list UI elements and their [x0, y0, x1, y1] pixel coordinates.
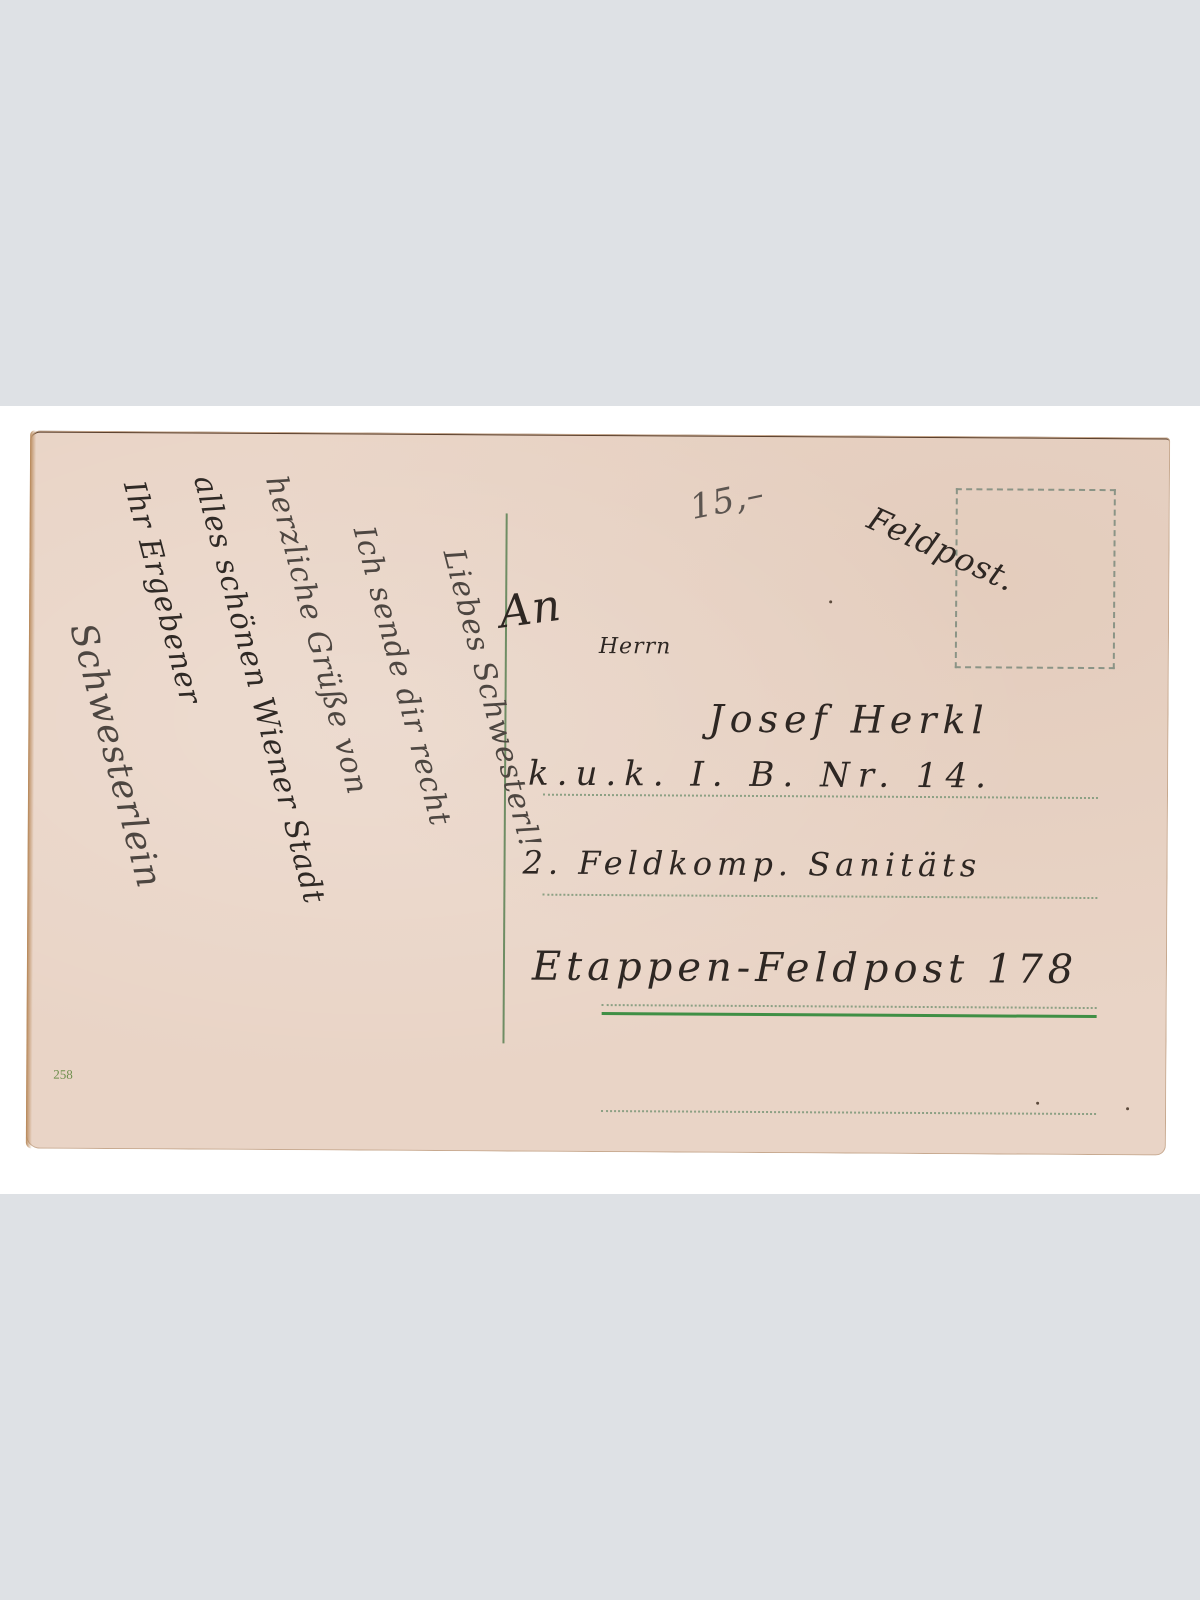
paper-speck — [829, 600, 832, 603]
scan-area: 258 15,– Feldpost. An Herrn Josef Herkl … — [0, 406, 1200, 1194]
recipient-name: Josef Herkl — [708, 697, 989, 743]
message-signature: Schwesterlein — [61, 619, 169, 893]
card-print-number: 258 — [53, 1067, 73, 1083]
address-line-4 — [601, 1110, 1096, 1115]
address-line-2 — [542, 894, 1097, 899]
paper-speck — [1126, 1107, 1129, 1110]
address-salutation: An — [496, 580, 564, 639]
address-underline-green — [602, 1012, 1097, 1018]
paper-speck — [1036, 1102, 1039, 1105]
message-line-4: alles schönen Wiener Stadt — [186, 472, 332, 908]
recipient-unit: k.u.k. I. B. Nr. 14. — [528, 754, 994, 797]
recipient-company: 2. Feldkomp. Sanitäts — [522, 844, 981, 885]
address-line-3 — [602, 1004, 1097, 1009]
postcard: 258 15,– Feldpost. An Herrn Josef Herkl … — [26, 431, 1170, 1156]
card-worn-edge — [26, 431, 36, 1149]
price-annotation: 15,– — [687, 474, 769, 528]
recipient-postal-route: Etappen-Feldpost 178 — [532, 944, 1079, 993]
address-title: Herrn — [599, 634, 672, 659]
